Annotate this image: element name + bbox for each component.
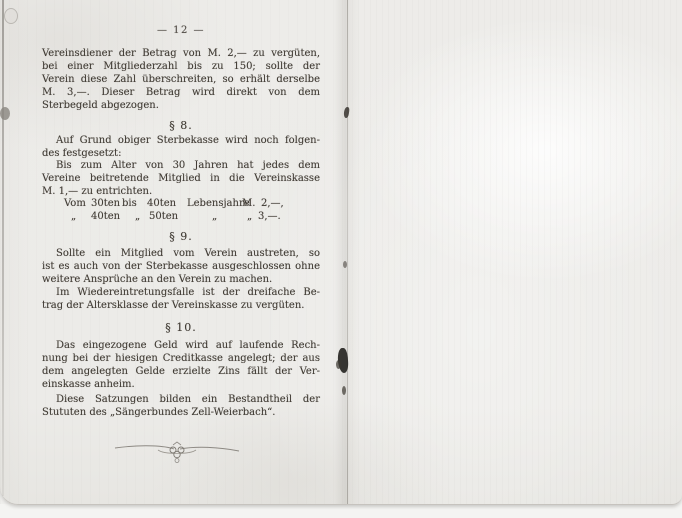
ditto-mark: „ [135,210,140,223]
fee-cell: 40ten [91,210,120,223]
section-9-paragraph-1: Sollte ein Mitglied vom Verein austreten… [42,247,320,286]
text-line: Diese Satzungen bilden ein Bestandtheil … [42,393,320,406]
section-9-paragraph-2: Im Wiedereintretungsfalle ist der dreifa… [42,286,320,312]
page-number: — 12 — [42,24,320,37]
text-line: bei einer Mitgliederzahl bis zu 150; sol… [42,60,320,73]
section-8-heading: § 8. [42,119,320,132]
paper-blemish [0,107,10,120]
text-line: Im Wiedereintretungsfalle ist der dreifa… [42,286,320,299]
fee-cell: 2,—, [261,197,284,210]
text-line: Das eingezogene Geld wird auf laufende R… [42,339,320,352]
binding-crease-line [347,0,348,504]
fee-cell: 50ten [149,210,178,223]
text-line: Sollte ein Mitglied vom Verein austreten… [42,247,320,260]
ink-stain [342,386,346,395]
fee-cell: 40ten [147,197,176,210]
ink-stain [343,261,347,268]
right-blank-page [352,0,682,504]
fee-cell: 30ten [91,197,120,210]
text-line: Vereinsdiener der Betrag von M. 2,— zu v… [42,47,320,60]
text-line: Stututen des „Sängerbundes Zell-Weierbac… [42,406,320,419]
scanned-booklet-page: — 12 — Vereinsdiener der Betrag von M. 2… [0,0,682,518]
intro-paragraph: Vereinsdiener der Betrag von M. 2,— zu v… [42,47,320,112]
section-9-heading: § 9. [42,230,320,243]
fee-table-row: „ 40ten „ 50ten „ „ 3,—. [42,210,320,223]
ditto-mark: „ [247,210,252,223]
section-10-heading: § 10. [42,321,320,334]
ditto-mark: „ [71,210,76,223]
section-10-paragraph-1: Das eingezogene Geld wird auf laufende R… [42,339,320,391]
text-line: einskasse anheim. [42,378,320,391]
ditto-mark: „ [212,210,217,223]
fee-cell: 3,—. [258,210,281,223]
text-line: Bis zum Alter von 30 Jahren hat jedes de… [42,159,320,172]
fee-table: Vom 30ten bis 40ten Lebensjahre M. 2,—, … [42,197,320,223]
text-line: trag der Altersklasse der Vereinskasse z… [42,299,320,312]
text-line: ist es auch von der Sterbekasse ausgesch… [42,260,320,273]
text-line: nung bei der hiesigen Creditkasse angele… [42,352,320,365]
text-line: Vereine beitretende Mitglied in die Vere… [42,172,320,185]
text-line: Sterbegeld abgezogen. [42,99,320,112]
fee-cell: bis [122,197,137,210]
text-line: weitere Ansprüche an den Verein zu mache… [42,273,320,286]
text-line: Auf Grund obiger Sterbekasse wird noch f… [42,134,320,147]
text-line: Verein diese Zahl überschreiten, so erhä… [42,73,320,86]
section-8-paragraph-2: Bis zum Alter von 30 Jahren hat jedes de… [42,159,320,198]
scan-edge-line [2,0,4,496]
section-8-paragraph-1: Auf Grund obiger Sterbekasse wird noch f… [42,134,320,160]
section-10-paragraph-2: Diese Satzungen bilden ein Bestandtheil … [42,393,320,419]
fee-table-row: Vom 30ten bis 40ten Lebensjahre M. 2,—, [42,197,320,210]
fee-cell: M. [242,197,255,210]
paper-blemish [4,8,18,24]
left-page-text: — 12 — Vereinsdiener der Betrag von M. 2… [42,0,320,504]
tailpiece-ornament-icon [114,438,240,466]
ink-stain [336,360,341,369]
fee-cell: Vom [64,197,86,210]
fee-cell: Lebensjahre [187,197,250,210]
text-line: M. 3,—. Dieser Betrag wird direkt von de… [42,86,320,99]
paper-sheet: — 12 — Vereinsdiener der Betrag von M. 2… [0,0,682,505]
text-line: dem angelegten Gelde erzielte Zins fällt… [42,365,320,378]
